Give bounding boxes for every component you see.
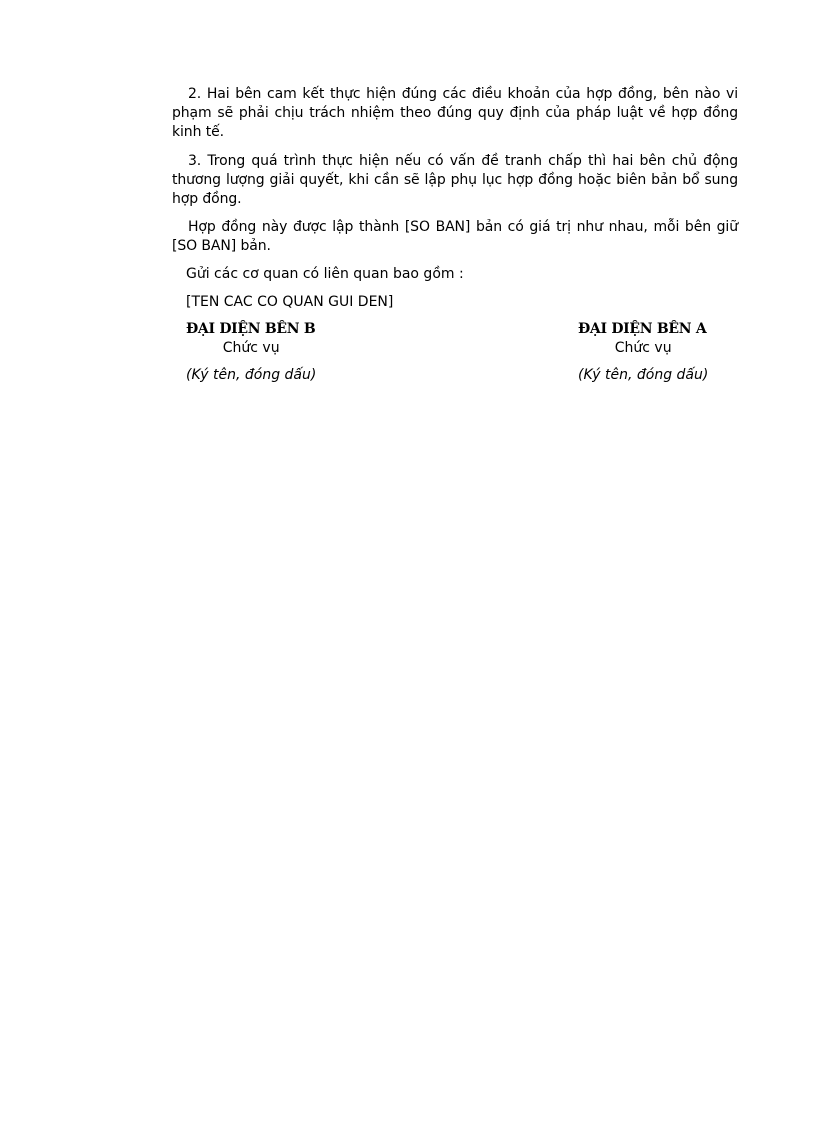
recipients-value: [TEN CAC CO QUAN GUI DEN]	[186, 293, 393, 312]
paragraph-clause-3: 3. Trong quá trình thực hiện nếu có vấn …	[172, 152, 738, 209]
signature-note-a: (Ký tên, đóng dấu)	[578, 366, 708, 385]
signature-role-b: Chức vụ	[186, 339, 316, 358]
paragraph-copies: Hợp đồng này được lập thành [SO BAN] bản…	[172, 218, 738, 256]
recipients-label: Gửi các cơ quan có liên quan bao gồm :	[186, 265, 464, 284]
signature-note-b: (Ký tên, đóng dấu)	[186, 366, 316, 385]
signature-role-a: Chức vụ	[578, 339, 708, 358]
signature-title-b: ĐẠI DIỆN BÊN B	[186, 321, 315, 337]
signature-title-a: ĐẠI DIỆN BÊN A	[578, 321, 706, 337]
signature-block-party-b: ĐẠI DIỆN BÊN B Chức vụ (Ký tên, đóng dấu…	[186, 320, 316, 385]
paragraph-clause-2: 2. Hai bên cam kết thực hiện đúng các đi…	[172, 85, 738, 142]
document-page: 2. Hai bên cam kết thực hiện đúng các đi…	[0, 0, 816, 1123]
signature-block-party-a: ĐẠI DIỆN BÊN A Chức vụ (Ký tên, đóng dấu…	[578, 320, 708, 385]
